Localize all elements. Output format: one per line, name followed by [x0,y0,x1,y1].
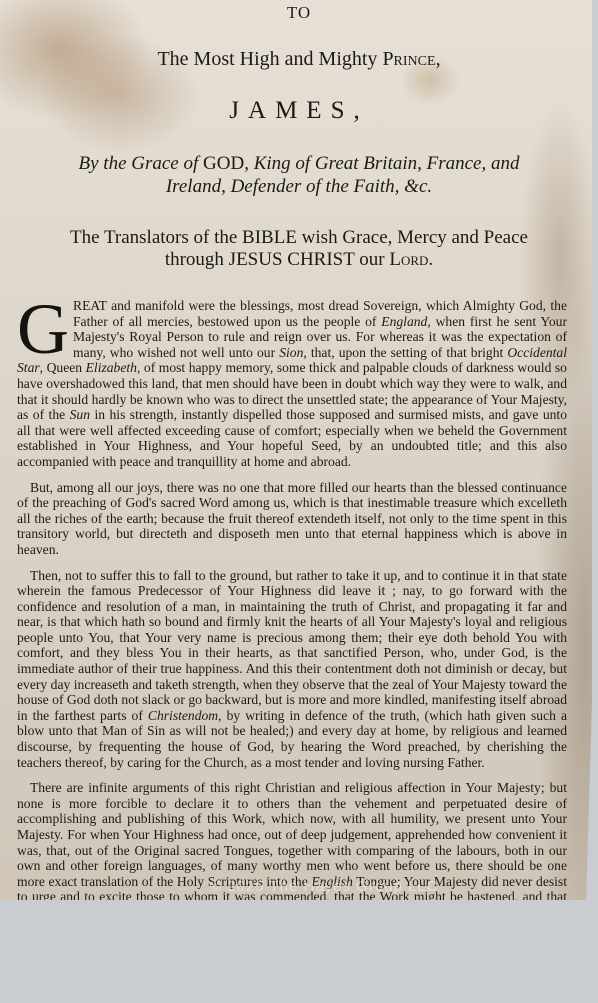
translators-greeting: The Translators of the BIBLE wish Grace,… [0,227,598,271]
italic-term: England [381,314,427,329]
grace-god: GOD [203,153,244,174]
book-page: TO The Most High and Mighty Prince, JAME… [0,0,592,900]
body-paragraph: But, among all our joys, there was no on… [17,480,567,558]
italic-term: Sion [279,345,303,360]
italic-term: Elizabeth [86,360,137,375]
dedication-body: GREAT and manifold were the blessings, m… [17,298,567,900]
dedication-to: TO [0,3,598,23]
translators-line-2-prefix: through JESUS CHRIST our [165,249,390,270]
drop-cap: G [17,302,69,356]
dedication-prince-line: The Most High and Mighty Prince, [0,48,598,71]
paragraph-text: There are infinite arguments of this rig… [17,780,567,889]
body-paragraph: GREAT and manifold were the blessings, m… [17,298,567,470]
grace-text-b: , King of Great Britain, France, and [244,153,519,174]
italic-term: Sun [70,407,90,422]
prince-word: Prince [382,48,435,70]
prince-line-prefix: The Most High and Mighty [157,48,382,70]
king-title-block: By the Grace of GOD, King of Great Brita… [0,152,598,198]
copyright-watermark: © 2025 The Hayes Group LLC [210,878,439,895]
king-name-heading: JAMES, [0,97,598,125]
body-paragraph: Then, not to suffer this to fall to the … [17,568,567,771]
italic-term: Christendom [148,708,218,723]
king-title-line-2: Ireland, Defender of the Faith, &c. [0,175,598,198]
translators-line-1: The Translators of the BIBLE wish Grace,… [0,227,598,249]
grace-text-a: By the Grace of [79,153,204,174]
paragraph-text: Then, not to suffer this to fall to the … [17,568,567,723]
translators-line-2-suffix: . [428,249,433,270]
paragraph-text: , Queen [40,360,86,375]
paragraph-text: in his strength, instantly dispelled tho… [17,407,567,469]
prince-suffix: , [436,48,441,70]
translators-lord: Lord [389,249,428,270]
king-title-line-1: By the Grace of GOD, King of Great Brita… [0,152,598,175]
paragraph-text: But, among all our joys, there was no on… [17,480,567,557]
paragraph-text: , that, upon the setting of that bright [303,345,507,360]
translators-line-2: through JESUS CHRIST our Lord. [0,249,598,271]
